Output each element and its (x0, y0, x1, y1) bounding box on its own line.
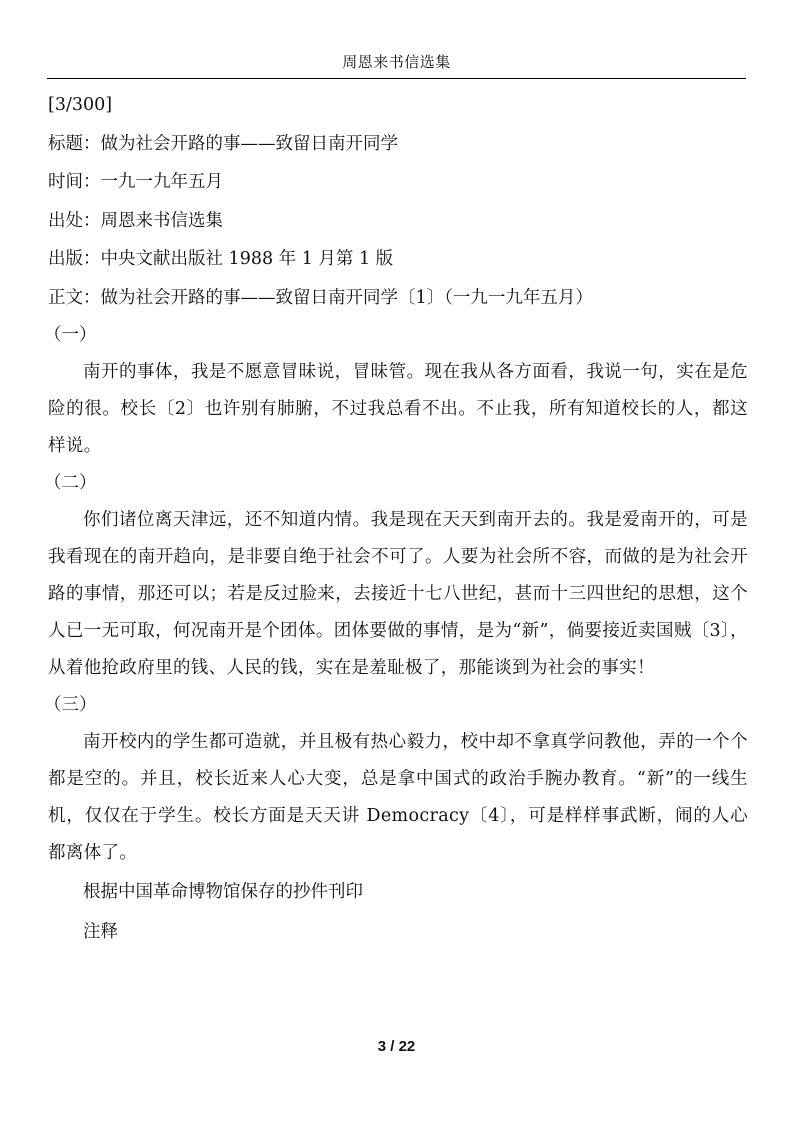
section-paragraph-3: 南开校内的学生都可造就，并且极有热心毅力，校中却不拿真学问教他，弄的一个个都是空… (48, 724, 748, 872)
section-marker-2: （二） (44, 465, 748, 502)
section-paragraph-1: 南开的事体，我是不愿意冒昧说，冒昧管。现在我从各方面看，我说一句，实在是危险的很… (48, 354, 748, 465)
section-paragraph-2: 你们诸位离天津远，还不知道内情。我是现在天天到南开去的。我是爱南开的，可是我看现… (48, 502, 748, 687)
header-divider (47, 78, 746, 79)
body-heading-field: 正文：做为社会开路的事——致留日南开同学〔1〕（一九一九年五月） (48, 279, 748, 318)
time-value: 一九一九年五月 (101, 172, 224, 192)
page-number: 3 / 22 (0, 1037, 793, 1057)
body-heading: 做为社会开路的事——致留日南开同学〔1〕（一九一九年五月） (101, 288, 593, 308)
source-value: 周恩来书信选集 (101, 211, 224, 231)
body-label: 正文： (48, 288, 101, 308)
publisher-value: 中央文献出版社 1988 年 1 月第 1 版 (101, 249, 394, 269)
section-marker-1: （一） (44, 317, 748, 354)
running-header-title: 周恩来书信选集 (47, 52, 746, 72)
title-value: 做为社会开路的事——致留日南开同学 (101, 134, 399, 154)
provenance-note: 根据中国革命博物馆保存的抄件刊印 (48, 872, 748, 912)
title-field: 标题：做为社会开路的事——致留日南开同学 (48, 125, 748, 164)
record-index: [3/300] (48, 86, 748, 125)
title-label: 标题： (48, 134, 101, 154)
section-marker-3: （三） (44, 687, 748, 724)
time-field: 时间：一九一九年五月 (48, 163, 748, 202)
publisher-label: 出版： (48, 249, 101, 269)
notes-heading: 注释 (48, 912, 748, 952)
document-body: [3/300] 标题：做为社会开路的事——致留日南开同学 时间：一九一九年五月 … (48, 86, 748, 952)
publisher-field: 出版：中央文献出版社 1988 年 1 月第 1 版 (48, 240, 748, 279)
source-field: 出处：周恩来书信选集 (48, 202, 748, 241)
time-label: 时间： (48, 172, 101, 192)
source-label: 出处： (48, 211, 101, 231)
